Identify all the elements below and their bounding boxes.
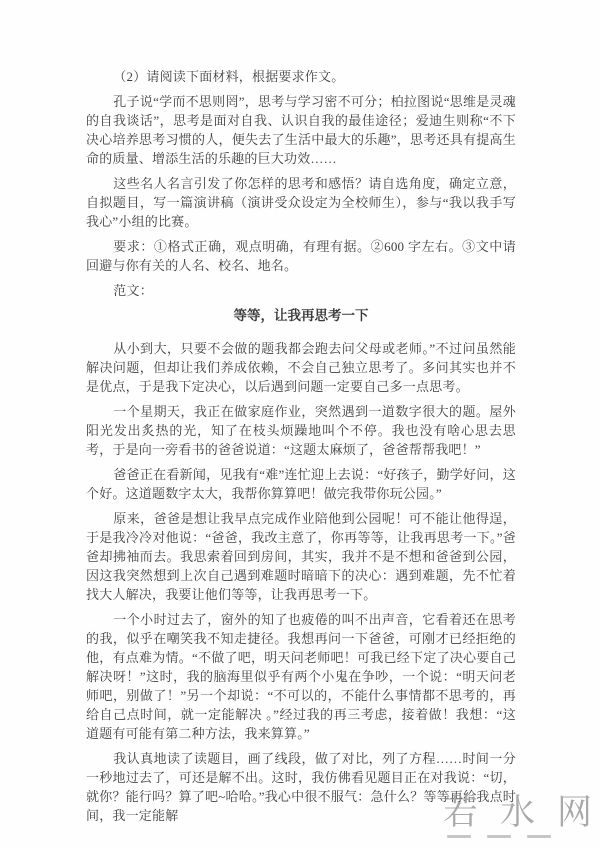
prompt-task: 这些名人名言引发了你怎样的思考和感悟？请自选角度，确定立意，自拟题目，写一篇演讲… bbox=[86, 174, 516, 231]
essay-paragraph: 原来，爸爸是想让我早点完成作业陪他到公园呢！可不能让他得逞，于是我冷冷对他说：“… bbox=[86, 509, 516, 604]
watermark-subtext-bar bbox=[527, 835, 551, 838]
site-watermark: 若水网 bbox=[443, 794, 600, 838]
watermark-subtext bbox=[447, 835, 600, 838]
watermark-subtext-bar bbox=[447, 835, 471, 838]
prompt-requirements: 要求：①格式正确，观点明确，有理有据。②600 字左右。③文中请回避与你有关的人… bbox=[86, 237, 516, 275]
watermark-logo-text: 若水网 bbox=[443, 794, 600, 832]
essay-paragraph: 一个星期天，我正在做家庭作业，突然遇到一道数字很大的题。屋外阳光发出炙热的光，知… bbox=[86, 402, 516, 459]
essay-title: 等等，让我再思考一下 bbox=[86, 306, 516, 325]
essay-paragraph: 爸爸正在看新闻，见我有“难”连忙迎上去说：“好孩子，勤学好问，这个好。这道题数字… bbox=[86, 465, 516, 503]
document-page: （2）请阅读下面材料，根据要求作文。 孔子说“学而不思则罔”，思考与学习密不可分… bbox=[0, 0, 600, 849]
prompt-instruction: （2）请阅读下面材料，根据要求作文。 bbox=[86, 67, 516, 86]
sample-essay-label: 范文： bbox=[86, 281, 516, 300]
essay-paragraph: 从小到大，只要不会做的题我都会跑去问父母或老师。”不过问虽然能解决问题，但却让我… bbox=[86, 339, 516, 396]
prompt-material: 孔子说“学而不思则罔”，思考与学习密不可分；柏拉图说“思维是灵魂的自我谈话”，思… bbox=[86, 92, 516, 168]
essay-paragraph: 一个小时过去了，窗外的知了也疲倦的叫不出声音，它看着还在思考的我，似乎在嘲笑我不… bbox=[86, 610, 516, 743]
watermark-subtext-bar bbox=[487, 835, 511, 838]
